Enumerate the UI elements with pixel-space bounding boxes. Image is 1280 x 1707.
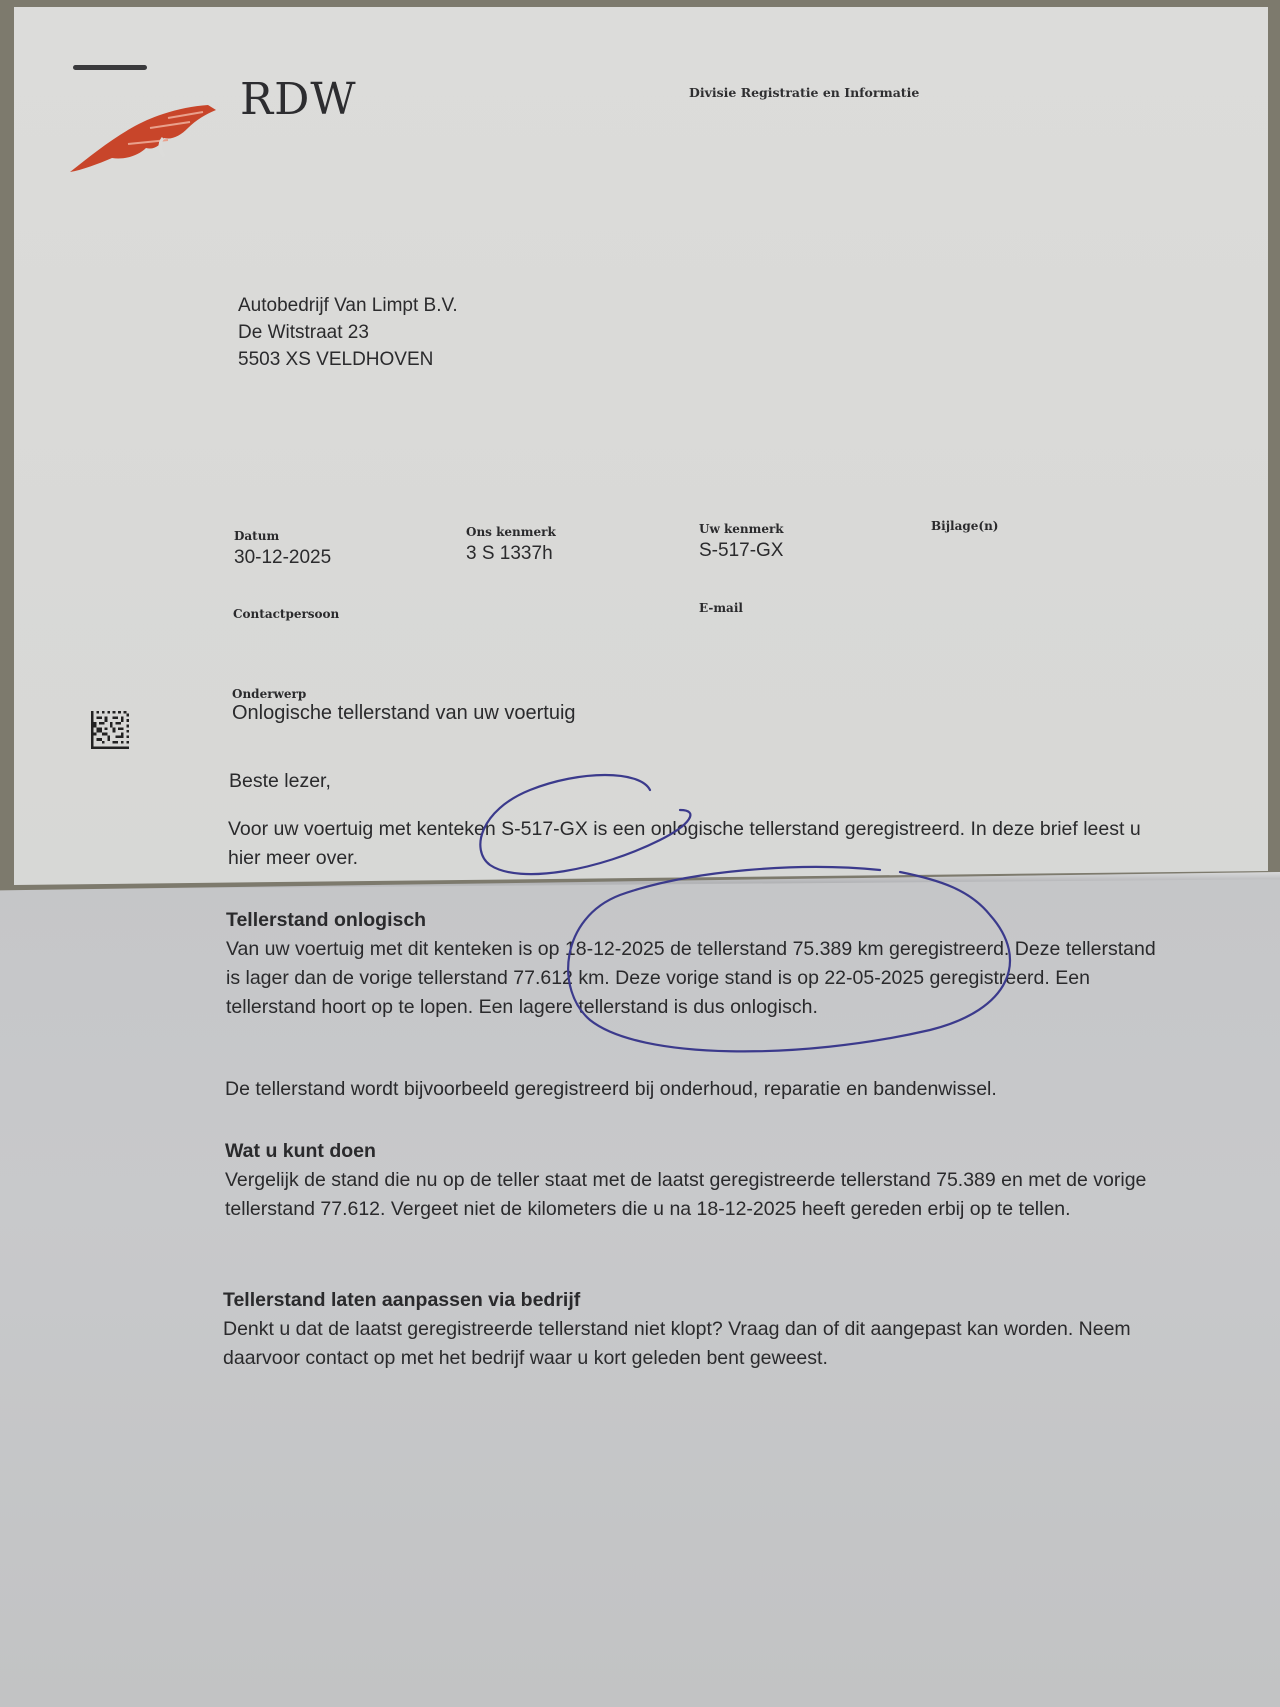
meta-your-reference: Uw kenmerk S-517-GX bbox=[699, 522, 784, 562]
subject-value: Onlogische tellerstand van uw voertuig bbox=[232, 702, 576, 725]
your-ref-label: Uw kenmerk bbox=[699, 522, 784, 536]
your-ref-value: S-517-GX bbox=[699, 540, 784, 562]
section-heading: Tellerstand laten aanpassen via bedrijf bbox=[223, 1286, 1163, 1315]
our-ref-label: Ons kenmerk bbox=[466, 525, 556, 539]
top-dash-mark bbox=[73, 65, 147, 70]
recipient-street: De Witstraat 23 bbox=[238, 319, 458, 346]
attachments-label: Bijlage(n) bbox=[931, 519, 998, 533]
rdw-wing-logo-icon bbox=[68, 100, 218, 175]
meta-date: Datum 30-12-2025 bbox=[234, 529, 331, 569]
section-text: Van uw voertuig met dit kenteken is op 1… bbox=[226, 935, 1166, 1022]
section-heading: Wat u kunt doen bbox=[225, 1137, 1165, 1166]
recipient-name: Autobedrijf Van Limpt B.V. bbox=[238, 292, 458, 319]
recipient-address: Autobedrijf Van Limpt B.V. De Witstraat … bbox=[238, 292, 458, 373]
date-value: 30-12-2025 bbox=[234, 547, 331, 569]
section-adjust-via-company: Tellerstand laten aanpassen via bedrijf … bbox=[223, 1286, 1163, 1373]
date-label: Datum bbox=[234, 529, 331, 543]
organization-name: RDW bbox=[240, 74, 357, 125]
recipient-postal-city: 5503 XS VELDHOVEN bbox=[238, 346, 458, 373]
datamatrix-barcode-icon bbox=[91, 711, 129, 749]
section-odometer-illogical: Tellerstand onlogisch Van uw voertuig me… bbox=[226, 906, 1166, 1022]
subject-label: Onderwerp bbox=[232, 687, 306, 701]
contact-person-label: Contactpersoon bbox=[233, 607, 339, 621]
division-name: Divisie Registratie en Informatie bbox=[689, 85, 919, 100]
intro-paragraph: Voor uw voertuig met kenteken S-517-GX i… bbox=[228, 815, 1158, 873]
section-text: Vergelijk de stand die nu op de teller s… bbox=[225, 1166, 1165, 1224]
meta-our-reference: Ons kenmerk 3 S 1337h bbox=[466, 525, 556, 565]
section-what-you-can-do: Wat u kunt doen Vergelijk de stand die n… bbox=[225, 1137, 1165, 1224]
odometer-registration-note: De tellerstand wordt bijvoorbeeld geregi… bbox=[225, 1075, 1165, 1104]
section-heading: Tellerstand onlogisch bbox=[226, 906, 1166, 935]
our-ref-value: 3 S 1337h bbox=[466, 543, 556, 565]
section-text: Denkt u dat de laatst geregistreerde tel… bbox=[223, 1315, 1163, 1373]
greeting: Beste lezer, bbox=[229, 767, 331, 796]
email-label: E-mail bbox=[699, 601, 743, 615]
